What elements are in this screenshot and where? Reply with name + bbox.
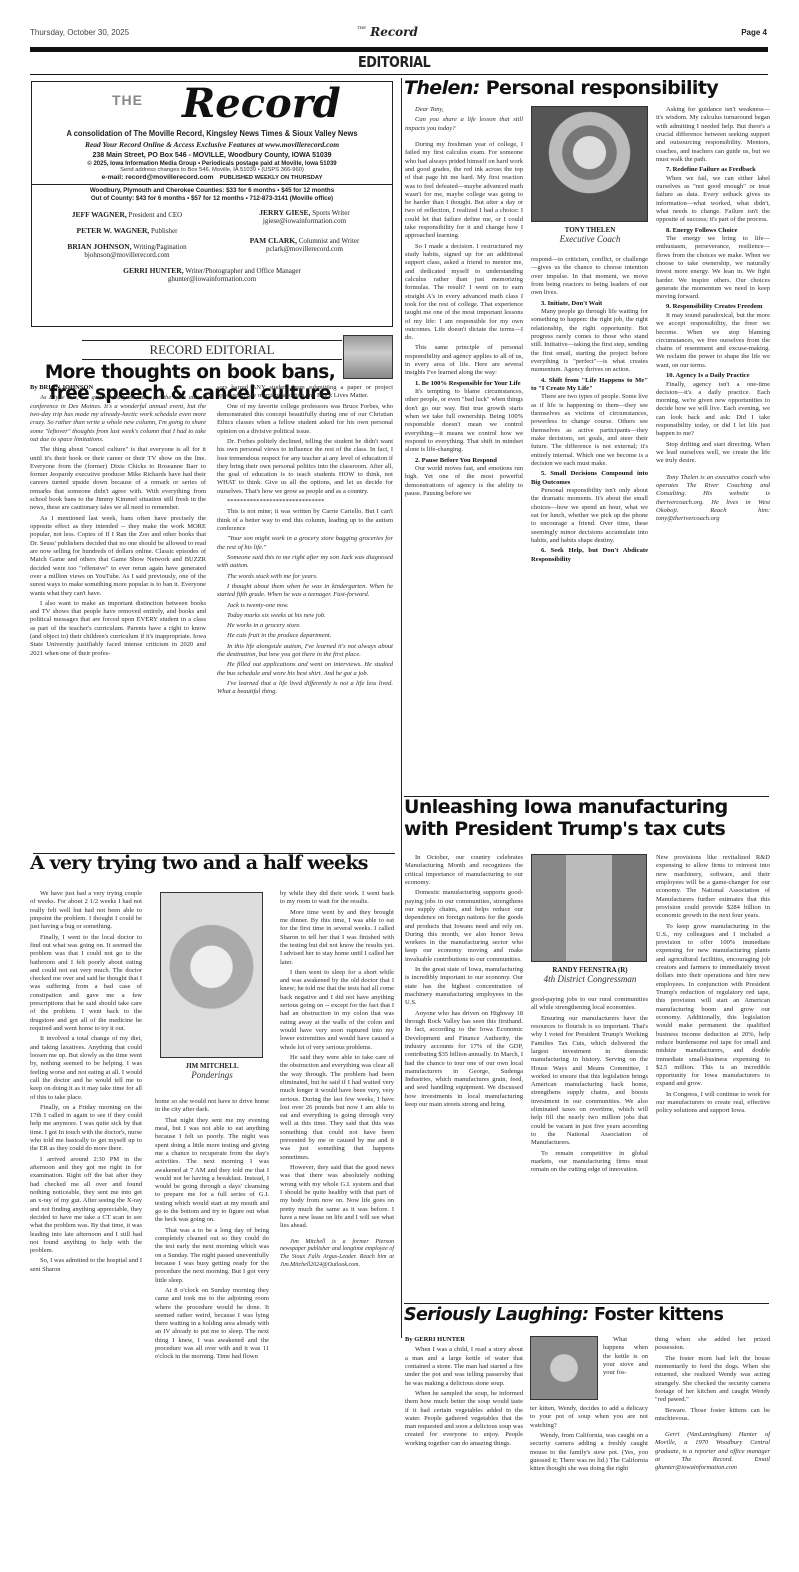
thelen-bio: Tony Thelen is an executive coach who op… bbox=[656, 474, 770, 524]
column-rule bbox=[401, 78, 402, 1338]
mfg-col-1: In October, our country celebrates Manuf… bbox=[405, 854, 523, 1111]
mfg-col-2: good-paying jobs to our rural communitie… bbox=[531, 996, 648, 1177]
jim-bio: Jim Mitchell is a former Pierson newspap… bbox=[280, 1239, 394, 1270]
masthead-box: THE Record A consolidation of The Movill… bbox=[31, 81, 393, 327]
author-photo-jim bbox=[160, 892, 263, 1058]
thelen-col-1: Dear Tony, Can you share a life lesson t… bbox=[405, 106, 523, 500]
author-photo-randy bbox=[531, 854, 647, 962]
thelen-col-3: Asking for guidance isn't weakness—it's … bbox=[656, 106, 770, 526]
author-photo-brian bbox=[343, 335, 393, 379]
thelen-caption: TONY THELENExecutive Coach bbox=[525, 226, 655, 244]
page-date: Thursday, October 30, 2025 bbox=[30, 28, 129, 37]
masthead-divider bbox=[32, 184, 392, 185]
staff-pam: PAM CLARK, Columnist and Writerpclark@mo… bbox=[222, 236, 387, 255]
foster-col-1: By GERRI HUNTER When I was a child, I re… bbox=[405, 1336, 523, 1450]
masthead-logo: THE Record bbox=[32, 86, 392, 126]
staff-gerri: GERRI HUNTER, Writer/Photographer and Of… bbox=[72, 266, 352, 285]
record-editorial-kicker: RECORD EDITORIAL bbox=[82, 340, 342, 360]
section-rule bbox=[30, 74, 768, 75]
consolidation-line: A consolidation of The Moville Record, K… bbox=[54, 128, 371, 138]
page-number: Page 4 bbox=[741, 28, 767, 37]
books-col-2: sors barred ANY student from submitting … bbox=[217, 384, 393, 699]
foster-col-2: ter kitten, Wendy, decides to add a deli… bbox=[530, 1405, 648, 1476]
header-logo: THE Record bbox=[357, 25, 418, 39]
address-line: 238 Main Street, PO Box 546 - MOVILLE, W… bbox=[32, 152, 392, 159]
weeks-col-1: We have just had a very trying couple of… bbox=[30, 890, 142, 1276]
author-photo-gerri bbox=[530, 1336, 598, 1400]
subscription-rates: Woodbury, Plymouth and Cherokee Counties… bbox=[32, 187, 392, 204]
staff-jeff: JEFF WAGNER, President and CEO bbox=[42, 210, 212, 220]
staff-peter: PETER W. WAGNER, Publisher bbox=[42, 226, 212, 236]
byline: By BRIAN JOHNSON bbox=[30, 384, 206, 392]
weeks-col-2: home so she would not have to drive home… bbox=[155, 1098, 269, 1364]
weeks-col-3: by while they did their work. I went bac… bbox=[280, 890, 394, 1271]
email-line: e-mail: record@movillerecord.comPUBLISHE… bbox=[32, 174, 392, 181]
mfg-headline: Unleashing Iowa manufacturing with Presi… bbox=[404, 797, 774, 841]
mfg-col-3: New provisions like revitalized R&D expe… bbox=[656, 854, 770, 1118]
thelen-headline: Thelen: Personal responsibility bbox=[404, 78, 774, 100]
staff-jerry: JERRY GIESE, Sports Writerjgiese@iowainf… bbox=[222, 208, 387, 227]
foster-col-3: thing when she added her prized possessi… bbox=[655, 1336, 770, 1475]
header-rule bbox=[30, 47, 768, 52]
staff-brian: BRIAN JOHNSON, Writing/Paginationbjohnso… bbox=[42, 242, 212, 261]
read-online-line: Read Your Record Online & Access Exclusi… bbox=[32, 140, 392, 149]
foster-col-2-side: What happens when the kettle is on your … bbox=[603, 1336, 648, 1380]
author-photo-tony bbox=[531, 106, 648, 222]
weeks-caption: JIM MITCHELLPonderings bbox=[150, 1062, 274, 1080]
thelen-col-2: respond—to criticism, conflict, or chall… bbox=[531, 256, 648, 564]
mfg-caption: RANDY FEENSTRA (R)4th District Congressm… bbox=[525, 966, 655, 984]
staff-list: JEFF WAGNER, President and CEO PETER W. … bbox=[32, 204, 392, 314]
foster-headline: Seriously Laughing: Foster kittens bbox=[404, 1305, 774, 1325]
weeks-headline: A very trying two and a half weeks bbox=[30, 852, 390, 874]
books-col-1: By BRIAN JOHNSON As I type this, I'm get… bbox=[30, 384, 206, 660]
gerri-bio: Gerri (VanLaningham) Hunter of Moville, … bbox=[655, 1431, 770, 1473]
section-title: EDITORIAL bbox=[358, 53, 430, 71]
section-divider bbox=[404, 1303, 769, 1304]
send-changes-line: Send address changes to Box 546, Moville… bbox=[32, 167, 392, 173]
